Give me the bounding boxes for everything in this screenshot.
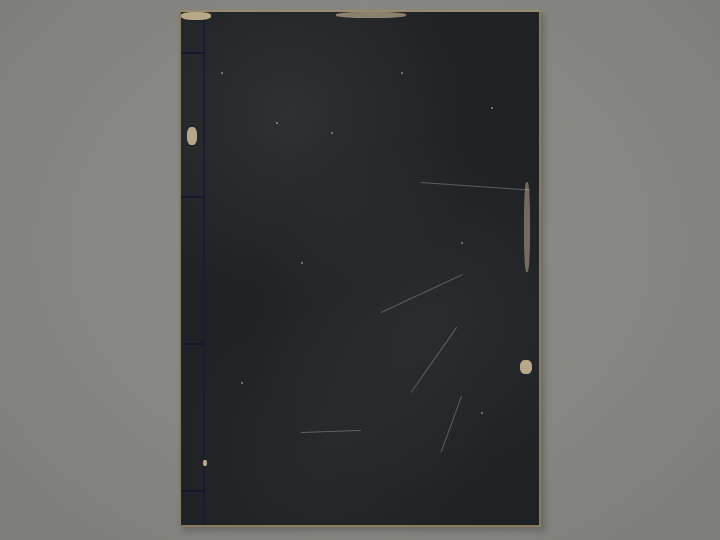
worn-patch (187, 127, 197, 145)
worn-patch (520, 360, 532, 374)
speck (401, 72, 403, 74)
binding-stitch (181, 490, 205, 492)
worn-edge (524, 182, 530, 272)
speck (276, 122, 278, 124)
book-cover (179, 10, 541, 527)
binding-stitch (181, 52, 205, 54)
worn-edge (336, 12, 406, 18)
speck (241, 382, 243, 384)
speck (481, 412, 483, 414)
speck (491, 107, 493, 109)
surface-crack (411, 327, 458, 393)
surface-crack (301, 430, 361, 433)
binding-stitch (181, 196, 205, 198)
speck (331, 132, 333, 134)
worn-corner (181, 12, 211, 20)
surface-crack (421, 182, 531, 191)
binding-thread (203, 12, 205, 525)
speck (461, 242, 463, 244)
surface-crack (441, 396, 462, 453)
worn-patch (203, 460, 207, 466)
speck (301, 262, 303, 264)
binding-stitch (181, 343, 205, 345)
surface-crack (381, 274, 463, 313)
speck (221, 72, 223, 74)
